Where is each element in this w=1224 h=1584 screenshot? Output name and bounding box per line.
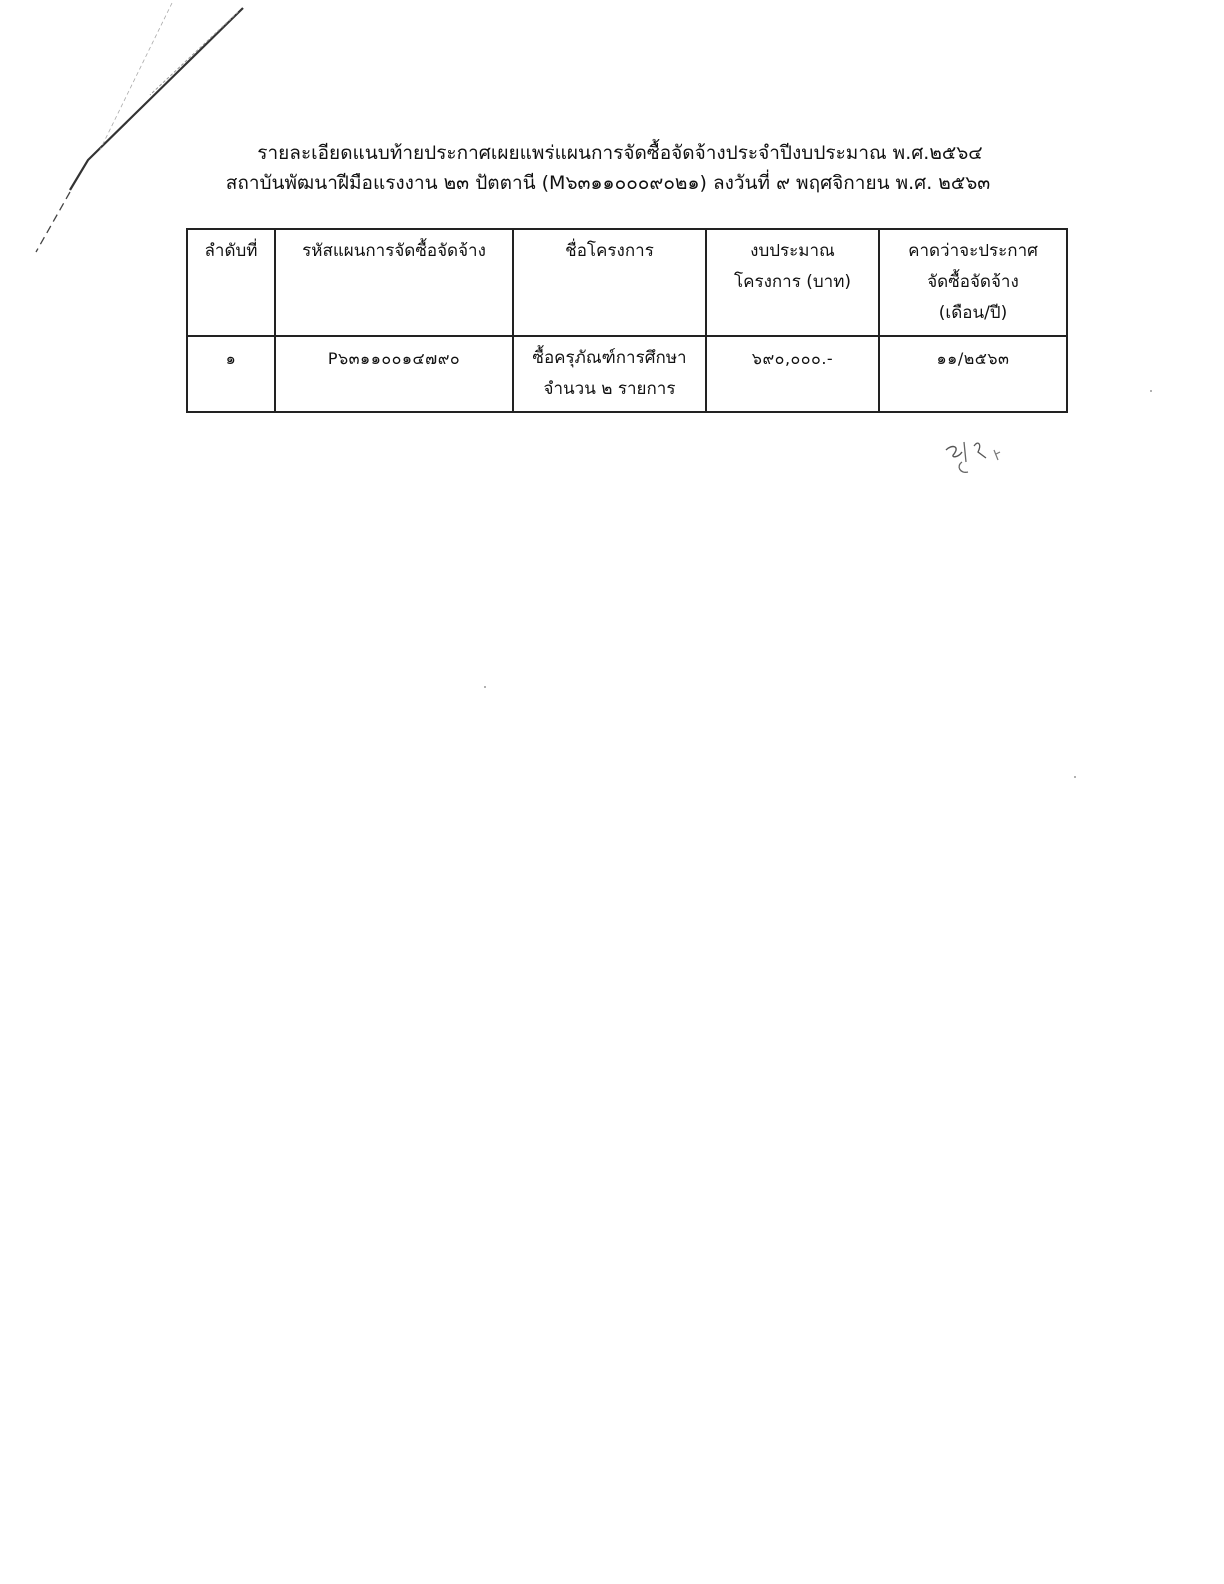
cell-budget: ๖๙๐,๐๐๐.- xyxy=(706,336,879,412)
title-line-1: รายละเอียดแนบท้ายประกาศเผยแพร่แผนการจัดซ… xyxy=(16,138,1224,168)
document-title: รายละเอียดแนบท้ายประกาศเผยแพร่แผนการจัดซ… xyxy=(0,138,1224,198)
table-header-row: ลำดับที่ รหัสแผนการจัดซื้อจัดจ้าง ชื่อโค… xyxy=(187,229,1067,336)
cell-expected-date: ๑๑/๒๕๖๓ xyxy=(879,336,1067,412)
header-budget: งบประมาณ โครงการ (บาท) xyxy=(706,229,879,336)
scan-speck xyxy=(1074,776,1076,778)
scan-streak-mark xyxy=(0,0,260,260)
procurement-plan-table: ลำดับที่ รหัสแผนการจัดซื้อจัดจ้าง ชื่อโค… xyxy=(186,228,1068,413)
header-expected-date: คาดว่าจะประกาศ จัดซื้อจัดจ้าง (เดือน/ปี) xyxy=(879,229,1067,336)
title-line-2: สถาบันพัฒนาฝีมือแรงงาน ๒๓ ปัตตานี (M๖๓๑๑… xyxy=(0,168,1224,198)
cell-project-name: ซื้อครุภัณฑ์การศึกษา จำนวน ๒ รายการ xyxy=(513,336,706,412)
scan-speck xyxy=(484,686,486,688)
header-plan-code: รหัสแผนการจัดซื้อจัดจ้าง xyxy=(275,229,513,336)
cell-order: ๑ xyxy=(187,336,275,412)
header-project-name: ชื่อโครงการ xyxy=(513,229,706,336)
cell-plan-code: P๖๓๑๑๐๐๑๔๗๙๐ xyxy=(275,336,513,412)
scan-speck xyxy=(1150,390,1152,392)
table-row: ๑ P๖๓๑๑๐๐๑๔๗๙๐ ซื้อครุภัณฑ์การศึกษา จำนว… xyxy=(187,336,1067,412)
header-order: ลำดับที่ xyxy=(187,229,275,336)
signature-initials-icon xyxy=(940,432,1010,480)
